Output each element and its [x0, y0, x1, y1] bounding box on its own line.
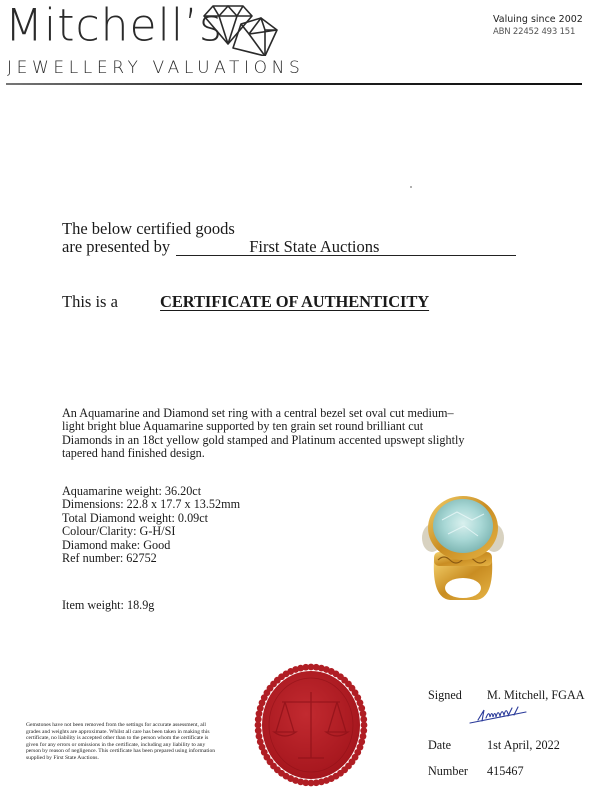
diamonds-icon: [203, 4, 293, 56]
date-value: 1st April, 2022: [487, 738, 560, 752]
spec-dimensions: Dimensions: 22.8 x 17.7 x 13.52mm: [62, 498, 240, 511]
signed-value: M. Mitchell, FGAA: [487, 688, 585, 702]
valuing-since: Valuing since 2002: [493, 13, 583, 26]
spec-ref-number: Ref number: 62752: [62, 552, 240, 565]
certificate-heading: This is a CERTIFICATE OF AUTHENTICITY: [62, 292, 429, 312]
date-label: Date: [428, 738, 484, 753]
scan-speck: [410, 186, 412, 188]
item-description: An Aquamarine and Diamond set ring with …: [62, 407, 472, 461]
number-value: 415467: [487, 764, 524, 778]
spec-diamond-make: Diamond make: Good: [62, 539, 240, 552]
aquamarine-ring-photo: [412, 490, 514, 602]
presenter-name: First State Auctions: [176, 238, 516, 256]
signature-mark: [468, 706, 528, 726]
presented-by-label: are presented by: [62, 237, 170, 256]
certificate-title: CERTIFICATE OF AUTHENTICITY: [160, 292, 429, 312]
disclaimer-text: Gemstones have not been removed from the…: [26, 722, 216, 762]
presented-by-block: The below certified goods are presented …: [62, 220, 516, 256]
signed-row: Signed M. Mitchell, FGAA: [428, 688, 585, 703]
item-weight: Item weight: 18.9g: [62, 598, 154, 613]
date-row: Date 1st April, 2022: [428, 738, 560, 753]
spec-diamond-weight: Total Diamond weight: 0.09ct: [62, 512, 240, 525]
spec-aquamarine-weight: Aquamarine weight: 36.20ct: [62, 485, 240, 498]
brand-name: Mitchell’s: [5, 0, 223, 53]
spec-list: Aquamarine weight: 36.20ct Dimensions: 2…: [62, 485, 240, 565]
number-label: Number: [428, 764, 484, 779]
header-info: Valuing since 2002 ABN 22452 493 151: [493, 13, 583, 38]
signed-label: Signed: [428, 688, 484, 703]
scales-of-justice-seal-icon: [252, 660, 370, 790]
abn-number: ABN 22452 493 151: [493, 26, 583, 38]
presented-line-2: are presented by First State Auctions: [62, 238, 516, 256]
presented-line-1: The below certified goods: [62, 220, 516, 238]
spec-colour-clarity: Colour/Clarity: G-H/SI: [62, 525, 240, 538]
brand-tagline: JEWELLERY VALUATIONS: [7, 58, 304, 78]
header-divider: [6, 83, 582, 85]
number-row: Number 415467: [428, 764, 524, 779]
certificate-prefix: This is a: [62, 292, 118, 311]
